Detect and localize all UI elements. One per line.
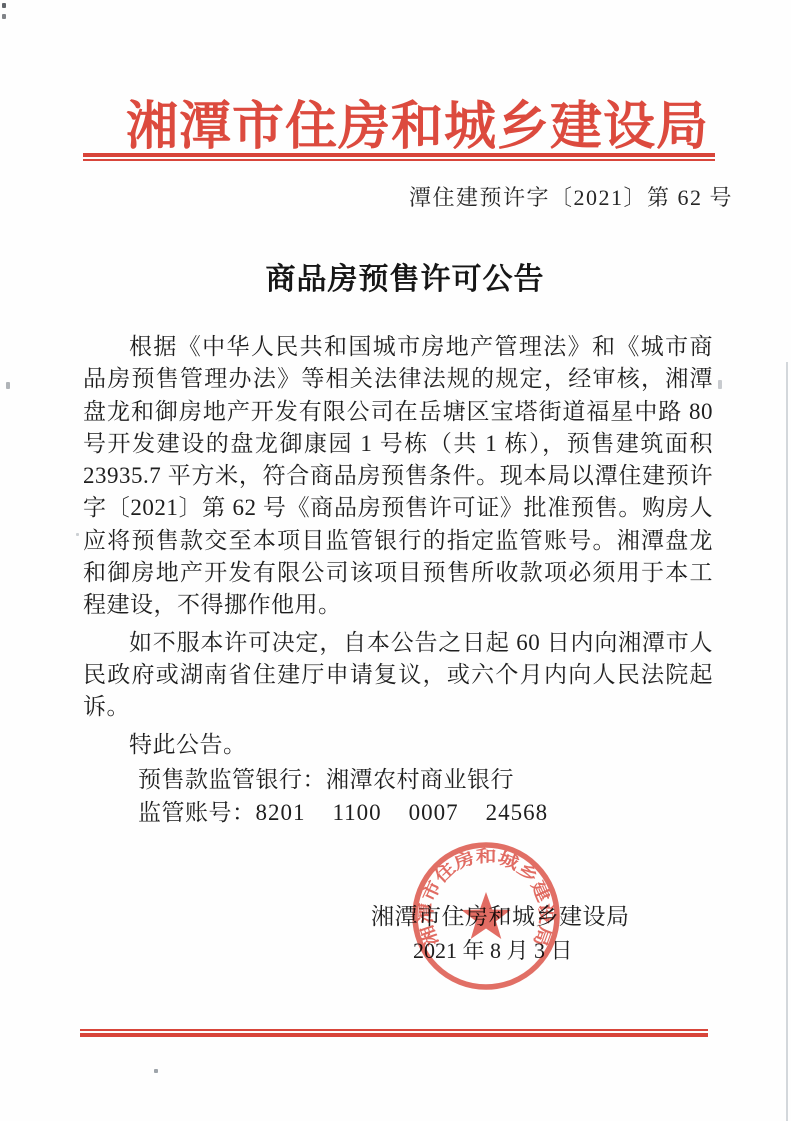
body-paragraph: 特此公告。 xyxy=(83,729,713,761)
scan-speck xyxy=(6,382,10,389)
supervising-bank-name: 湘潭农村商业银行 xyxy=(326,767,514,792)
scan-speck xyxy=(718,380,722,389)
letterhead-org-title: 湘潭市住房和城乡建设局 xyxy=(44,84,791,159)
document-number: 潭住建预许字〔2021〕第 62 号 xyxy=(409,181,733,212)
scan-speck xyxy=(2,14,6,19)
document-page: 湘潭市住房和城乡建设局 潭住建预许字〔2021〕第 62 号 商品房预售许可公告… xyxy=(0,0,791,1121)
scan-speck xyxy=(154,1069,158,1073)
signature-org: 湘潭市住房和城乡建设局 xyxy=(371,898,609,931)
supervising-account-label: 监管账号： xyxy=(138,800,256,825)
signature-date: 2021 年 8 月 3 日 xyxy=(413,934,559,965)
scan-speck xyxy=(76,533,79,536)
supervising-bank-label: 预售款监管银行： xyxy=(138,767,326,792)
letterhead-rule-thin xyxy=(83,159,715,161)
announcement-title: 商品房预售许可公告 xyxy=(83,254,727,298)
footer-rule-thin xyxy=(80,1029,708,1031)
supervising-bank-line: 预售款监管银行：湘潭农村商业银行 xyxy=(138,763,548,796)
scan-edge-line xyxy=(786,362,788,1121)
announcement-body: 根据《中华人民共和国城市房地产管理法》和《城市商品房预售管理办法》等相关法律法规… xyxy=(83,331,713,761)
bank-info-block: 预售款监管银行：湘潭农村商业银行 监管账号：8201 1100 0007 245… xyxy=(138,763,548,829)
supervising-account-line: 监管账号：8201 1100 0007 24568 xyxy=(138,796,548,829)
letterhead-rule-thick xyxy=(83,153,715,157)
body-paragraph: 如不服本许可决定，自本公告之日起 60 日内向湘潭市人民政府或湖南省住建厅申请复… xyxy=(83,627,713,724)
scan-speck xyxy=(2,3,6,8)
supervising-account-number: 8201 1100 0007 24568 xyxy=(256,800,549,825)
body-paragraph: 根据《中华人民共和国城市房地产管理法》和《城市商品房预售管理办法》等相关法律法规… xyxy=(83,331,713,622)
footer-rule-thick xyxy=(80,1033,708,1037)
